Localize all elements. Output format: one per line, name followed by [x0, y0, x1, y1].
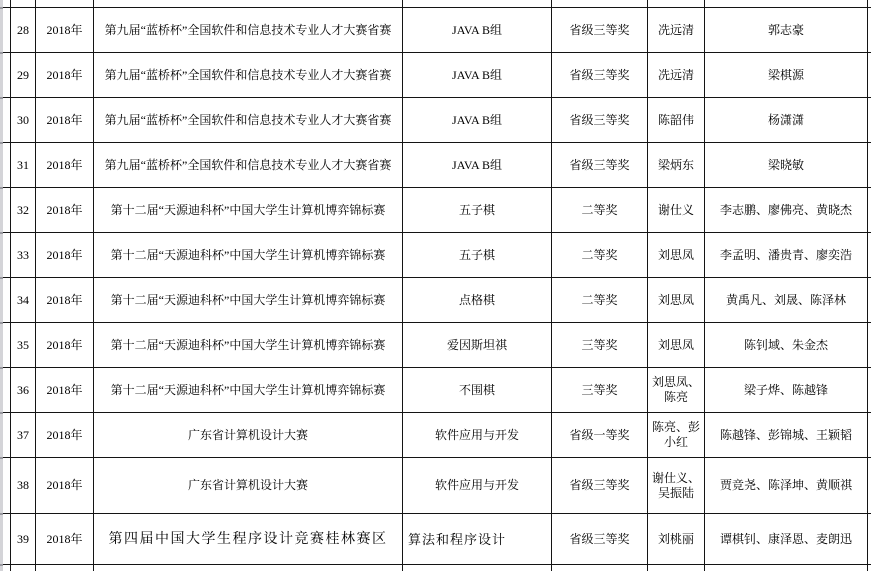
partial-row-bottom: [3, 565, 871, 571]
cell-students: 谭棋钊、康泽恩、麦朗迅: [705, 514, 868, 565]
cell-row-number: 32: [11, 188, 36, 233]
cell-category: JAVA B组: [403, 143, 552, 188]
cell-category: JAVA B组: [403, 98, 552, 143]
cell-competition: 第十二届“天源迪科杯”中国大学生计算机博弈锦标赛: [94, 188, 403, 233]
cell-row-number: 37: [11, 413, 36, 458]
cell-year: [36, 0, 94, 8]
cell-category: [403, 565, 552, 571]
cut-left-cell: [3, 53, 11, 98]
table-row: 33 2018年 第十二届“天源迪科杯”中国大学生计算机博弈锦标赛 五子棋 二等…: [3, 233, 871, 278]
cell-teachers: 冼远清: [648, 8, 705, 53]
cell-category: JAVA B组: [403, 53, 552, 98]
cell-award: 省级三等奖: [552, 8, 648, 53]
cell-row-number: 39: [11, 514, 36, 565]
partial-row-top: [3, 0, 871, 8]
cell-row-number: 38: [11, 458, 36, 514]
cell-year: 2018年: [36, 98, 94, 143]
cell-award: [552, 0, 648, 8]
cell-category: 算法和程序设计: [403, 514, 552, 565]
cell-category: 爱因斯坦祺: [403, 323, 552, 368]
cell-category: 软件应用与开发: [403, 458, 552, 514]
cell-award: 省级三等奖: [552, 98, 648, 143]
cut-left-cell: [3, 98, 11, 143]
cell-year: 2018年: [36, 233, 94, 278]
cell-award: 省级三等奖: [552, 514, 648, 565]
cell-row-number: 30: [11, 98, 36, 143]
cell-competition: 第十二届“天源迪科杯”中国大学生计算机博弈锦标赛: [94, 368, 403, 413]
cell-row-number: 33: [11, 233, 36, 278]
cell-students: [705, 565, 868, 571]
cell-category: 五子棋: [403, 188, 552, 233]
cell-competition: [94, 565, 403, 571]
cut-left-cell: [3, 565, 11, 571]
cut-left-cell: [3, 323, 11, 368]
cell-competition: 第十二届“天源迪科杯”中国大学生计算机博弈锦标赛: [94, 278, 403, 323]
cell-row-number: [11, 565, 36, 571]
cell-competition: 第十二届“天源迪科杯”中国大学生计算机博弈锦标赛: [94, 323, 403, 368]
cell-category: 点格棋: [403, 278, 552, 323]
cell-teachers: 刘思凤: [648, 278, 705, 323]
cell-year: 2018年: [36, 53, 94, 98]
cell-students: 陈钊域、朱金杰: [705, 323, 868, 368]
cell-teachers: 陈韶伟: [648, 98, 705, 143]
table-row: 34 2018年 第十二届“天源迪科杯”中国大学生计算机博弈锦标赛 点格棋 二等…: [3, 278, 871, 323]
cell-award: 省级三等奖: [552, 458, 648, 514]
cut-left-cell: [3, 514, 11, 565]
cut-left-cell: [3, 143, 11, 188]
cell-year: 2018年: [36, 413, 94, 458]
cell-students: 黄禹凡、刘晟、陈泽林: [705, 278, 868, 323]
cell-students: 陈越锋、彭锦城、王颖韬: [705, 413, 868, 458]
table-row: 32 2018年 第十二届“天源迪科杯”中国大学生计算机博弈锦标赛 五子棋 二等…: [3, 188, 871, 233]
cell-year: 2018年: [36, 278, 94, 323]
table-rows: 28 2018年 第九届“蓝桥杯”全国软件和信息技术专业人才大赛省赛 JAVA …: [3, 8, 871, 565]
cell-competition: 第四届中国大学生程序设计竞赛桂林赛区: [94, 514, 403, 565]
cell-award: 省级三等奖: [552, 53, 648, 98]
cell-row-number: 36: [11, 368, 36, 413]
cell-students: 梁晓敏: [705, 143, 868, 188]
table-row: 28 2018年 第九届“蓝桥杯”全国软件和信息技术专业人才大赛省赛 JAVA …: [3, 8, 871, 53]
cell-year: 2018年: [36, 188, 94, 233]
cell-students: 郭志豪: [705, 8, 868, 53]
cell-teachers: [648, 565, 705, 571]
cut-left-cell: [3, 368, 11, 413]
cell-students: 李孟明、潘贵青、廖奕浩: [705, 233, 868, 278]
cell-year: 2018年: [36, 323, 94, 368]
awards-table: 28 2018年 第九届“蓝桥杯”全国软件和信息技术专业人才大赛省赛 JAVA …: [3, 0, 871, 571]
cell-competition: 第九届“蓝桥杯”全国软件和信息技术专业人才大赛省赛: [94, 53, 403, 98]
cell-teachers: 刘思凤、陈亮: [648, 368, 705, 413]
cell-row-number: [11, 0, 36, 8]
cell-students: 梁子烨、陈越锋: [705, 368, 868, 413]
cell-teachers: [648, 0, 705, 8]
cell-competition: 第九届“蓝桥杯”全国软件和信息技术专业人才大赛省赛: [94, 8, 403, 53]
cut-left-cell: [3, 458, 11, 514]
cell-teachers: 谢仕义: [648, 188, 705, 233]
cell-award: 二等奖: [552, 278, 648, 323]
cell-row-number: 35: [11, 323, 36, 368]
cell-teachers: 刘思凤: [648, 323, 705, 368]
cell-award: 二等奖: [552, 188, 648, 233]
page-edge-strip: [0, 0, 3, 571]
cell-teachers: 冼远清: [648, 53, 705, 98]
cut-left-cell: [3, 233, 11, 278]
cell-year: [36, 565, 94, 571]
cut-left-cell: [3, 278, 11, 323]
cell-award: 三等奖: [552, 323, 648, 368]
table-row: 39 2018年 第四届中国大学生程序设计竞赛桂林赛区 算法和程序设计 省级三等…: [3, 514, 871, 565]
cut-left-cell: [3, 413, 11, 458]
cell-competition: 第九届“蓝桥杯”全国软件和信息技术专业人才大赛省赛: [94, 143, 403, 188]
cell-category: 五子棋: [403, 233, 552, 278]
cell-row-number: 31: [11, 143, 36, 188]
cut-left-cell: [3, 8, 11, 53]
cell-students: 李志鹏、廖佛亮、黄晓杰: [705, 188, 868, 233]
cell-category: 不围棋: [403, 368, 552, 413]
cell-students: 贾竞尧、陈泽坤、黄顺祺: [705, 458, 868, 514]
cut-left-cell: [3, 188, 11, 233]
cell-competition: 广东省计算机设计大赛: [94, 458, 403, 514]
cell-row-number: 28: [11, 8, 36, 53]
table-row: 30 2018年 第九届“蓝桥杯”全国软件和信息技术专业人才大赛省赛 JAVA …: [3, 98, 871, 143]
cell-row-number: 29: [11, 53, 36, 98]
cell-award: [552, 565, 648, 571]
table-row: 35 2018年 第十二届“天源迪科杯”中国大学生计算机博弈锦标赛 爱因斯坦祺 …: [3, 323, 871, 368]
cell-students: 梁棋源: [705, 53, 868, 98]
cell-year: 2018年: [36, 8, 94, 53]
cell-teachers: 刘桃丽: [648, 514, 705, 565]
cut-left-cell: [3, 0, 11, 8]
table-row: 29 2018年 第九届“蓝桥杯”全国软件和信息技术专业人才大赛省赛 JAVA …: [3, 53, 871, 98]
cell-competition: [94, 0, 403, 8]
cell-year: 2018年: [36, 368, 94, 413]
table-row: 38 2018年 广东省计算机设计大赛 软件应用与开发 省级三等奖 谢仕义、吴振…: [3, 458, 871, 514]
cell-teachers: 谢仕义、吴振陆: [648, 458, 705, 514]
table-row: 36 2018年 第十二届“天源迪科杯”中国大学生计算机博弈锦标赛 不围棋 三等…: [3, 368, 871, 413]
cell-award: 省级一等奖: [552, 413, 648, 458]
cell-year: 2018年: [36, 514, 94, 565]
cell-year: 2018年: [36, 143, 94, 188]
table-row: 31 2018年 第九届“蓝桥杯”全国软件和信息技术专业人才大赛省赛 JAVA …: [3, 143, 871, 188]
cell-competition: 第十二届“天源迪科杯”中国大学生计算机博弈锦标赛: [94, 233, 403, 278]
cell-award: 二等奖: [552, 233, 648, 278]
cell-students: 杨潇潇: [705, 98, 868, 143]
cell-teachers: 梁炳东: [648, 143, 705, 188]
cell-category: [403, 0, 552, 8]
cell-category: 软件应用与开发: [403, 413, 552, 458]
cell-competition: 广东省计算机设计大赛: [94, 413, 403, 458]
cell-teachers: 陈亮、彭小红: [648, 413, 705, 458]
cell-category: JAVA B组: [403, 8, 552, 53]
cell-students: [705, 0, 868, 8]
cell-competition: 第九届“蓝桥杯”全国软件和信息技术专业人才大赛省赛: [94, 98, 403, 143]
cell-row-number: 34: [11, 278, 36, 323]
table-row: 37 2018年 广东省计算机设计大赛 软件应用与开发 省级一等奖 陈亮、彭小红…: [3, 413, 871, 458]
awards-table-page: 28 2018年 第九届“蓝桥杯”全国软件和信息技术专业人才大赛省赛 JAVA …: [0, 0, 871, 571]
cell-award: 三等奖: [552, 368, 648, 413]
cell-teachers: 刘思凤: [648, 233, 705, 278]
cell-award: 省级三等奖: [552, 143, 648, 188]
cell-year: 2018年: [36, 458, 94, 514]
